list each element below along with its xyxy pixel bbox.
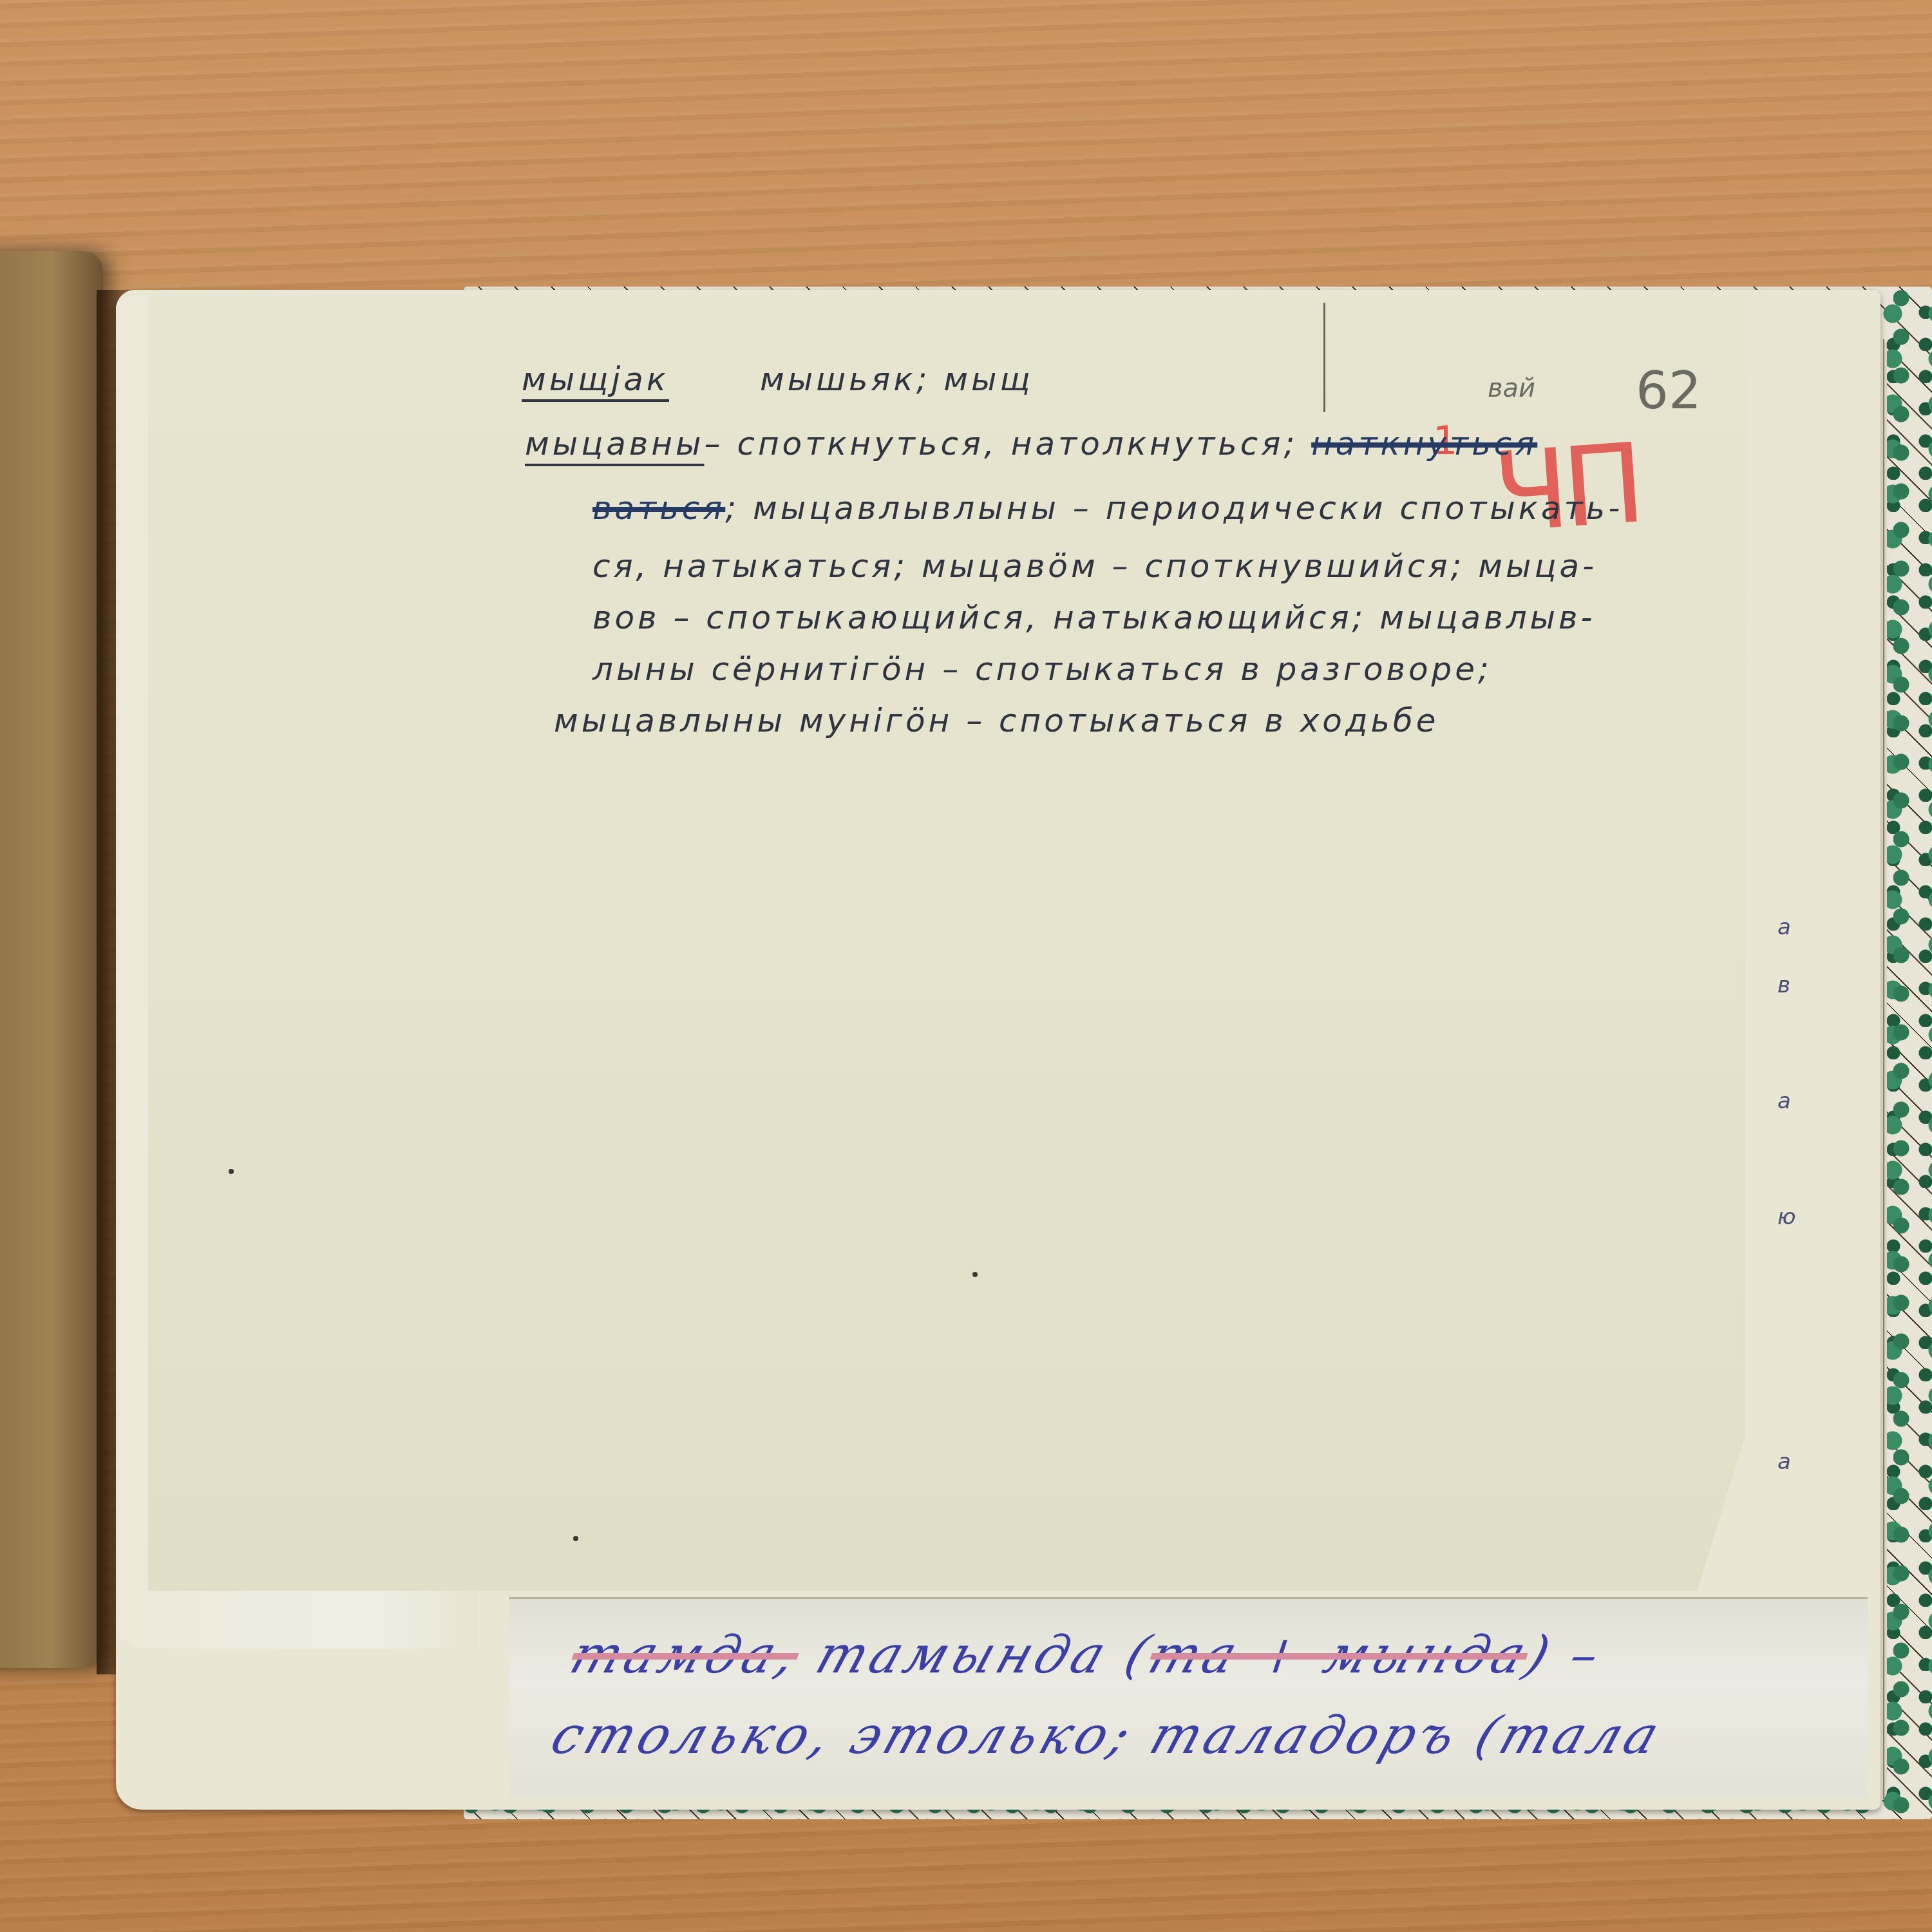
headword: мыцавны <box>525 425 705 462</box>
struck-word: наткнуться <box>1311 425 1537 462</box>
struck-word: ваться <box>592 489 725 527</box>
lower-dictionary-card: тамда, тамында (та + мында) – столько, э… <box>509 1597 1868 1799</box>
corner-note: вай <box>1488 374 1535 403</box>
definition-text: ; мыцавлывлыны – периодически спотыкать- <box>725 489 1623 527</box>
lower-card-text: столько, этолько; таладоръ (тала <box>544 1705 1670 1765</box>
headword: мыщјак <box>522 361 669 398</box>
definition-text: мышьяк; мыщ <box>760 361 1034 398</box>
definition-text: – споткнуться, натолкнуться; <box>705 425 1298 462</box>
lower-card-text: тамында ( <box>789 1625 1161 1685</box>
margin-letter: в <box>1777 972 1790 998</box>
card-line-5: вов – спотыкающийся, натыкающийся; мыцав… <box>592 599 1596 636</box>
card-line-1: мыщјак мышьяк; мыщ <box>522 361 1034 398</box>
book-left-cover <box>0 251 103 1668</box>
card-ruler-line <box>1323 303 1325 412</box>
lower-card-line-2: столько, этолько; таладоръ (тала <box>544 1705 1670 1765</box>
margin-letter: ю <box>1777 1204 1796 1230</box>
ink-speck <box>972 1272 978 1277</box>
card-line-2: мыцавны– споткнуться, натолкнуться; натк… <box>525 425 1537 462</box>
definition-text: вов – спотыкающийся, натыкающийся; мыцав… <box>592 599 1596 636</box>
page-number: 62 <box>1636 361 1701 421</box>
struck-word: тамда, <box>563 1625 808 1685</box>
ink-speck <box>573 1536 578 1541</box>
definition-text: ся, натыкаться; мыцавöм – споткнувшийся;… <box>592 547 1597 585</box>
card-line-6: лыны сёрнитігöн – спотыкаться в разговор… <box>592 650 1492 688</box>
definition-text: мыцавлыны мунігöн – спотыкаться в ходьбе <box>554 702 1439 739</box>
margin-letter: а <box>1777 1449 1791 1475</box>
margin-letter: а <box>1777 1088 1791 1114</box>
card-line-3: ваться; мыцавлывлыны – периодически спот… <box>592 489 1623 527</box>
lower-card-line-1: тамда, тамында (та + мында) – <box>563 1625 1611 1685</box>
card-line-4: ся, натыкаться; мыцавöм – споткнувшийся;… <box>592 547 1597 585</box>
margin-letter: а <box>1777 914 1791 940</box>
ink-speck <box>229 1169 234 1174</box>
struck-etymology: та + мында <box>1142 1625 1537 1685</box>
definition-text: лыны сёрнитігöн – спотыкаться в разговор… <box>592 650 1492 688</box>
card-line-7: мыцавлыны мунігöн – спотыкаться в ходьбе <box>554 702 1439 739</box>
